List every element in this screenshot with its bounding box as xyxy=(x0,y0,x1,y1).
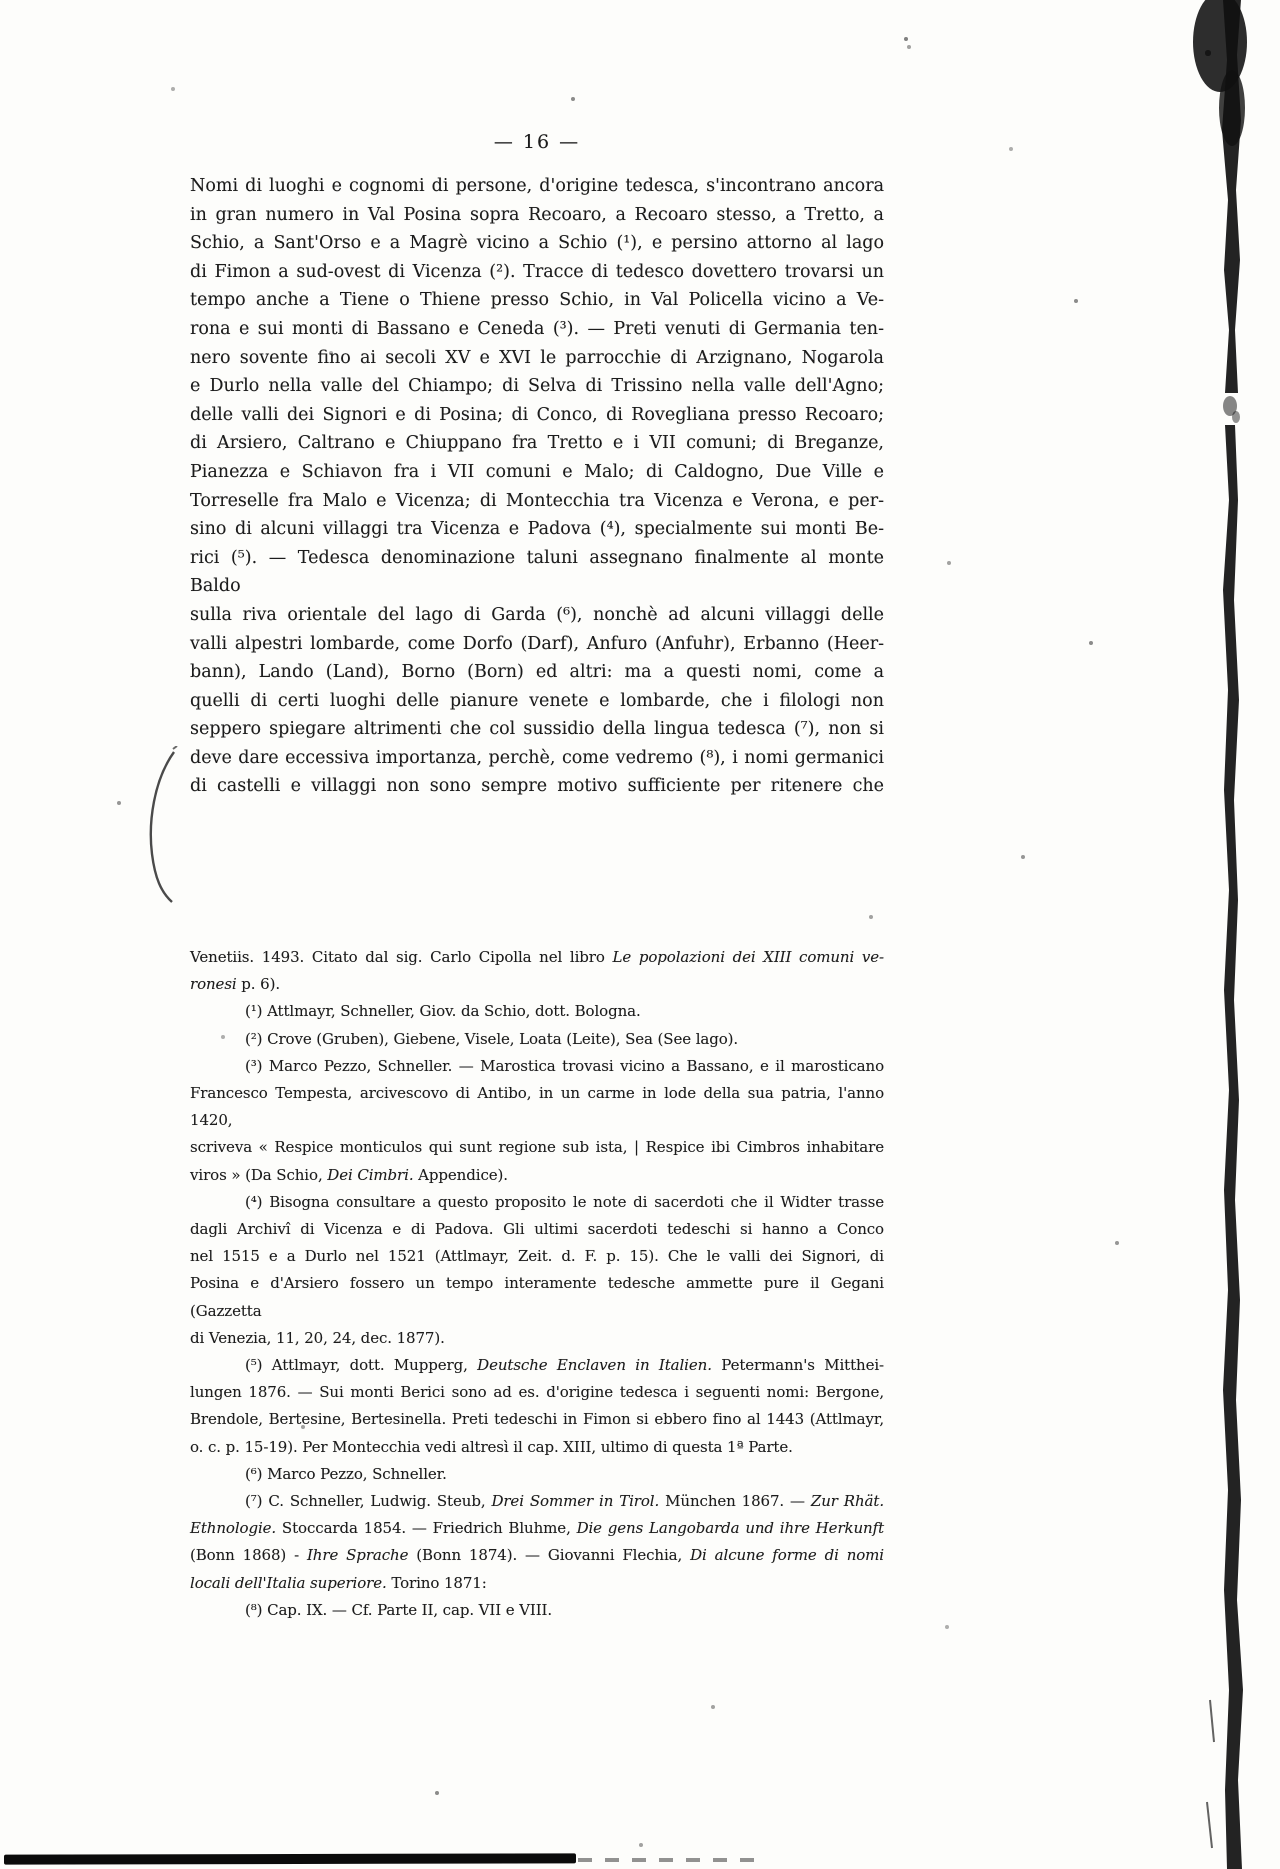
footnote-line: Posina e d'Arsiero fossero un tempo inte… xyxy=(190,1270,884,1324)
footnote-text-segment: (¹) Attlmayr, Schneller, Giov. da Schio,… xyxy=(245,1002,641,1020)
body-line: seppero spiegare altrimenti che col suss… xyxy=(190,715,884,744)
footnote-italic-segment: Deutsche Enclaven in Italien. xyxy=(477,1356,712,1374)
footnote-line: viros » (Da Schio, Dei Cimbri. Appendice… xyxy=(190,1162,884,1189)
footnote-text-segment: scriveva « Respice monticulos qui sunt r… xyxy=(190,1138,884,1156)
footnote-line: (⁵) Attlmayr, dott. Mupperg, Deutsche En… xyxy=(190,1352,884,1379)
footnote-line: Brendole, Bertesine, Bertesinella. Preti… xyxy=(190,1406,884,1433)
body-line: e Durlo nella valle del Chiampo; di Selv… xyxy=(190,372,884,401)
footnote-italic-segment: Di alcune forme di nomi xyxy=(690,1546,884,1564)
footnote-line: (Bonn 1868) - Ihre Sprache (Bonn 1874). … xyxy=(190,1542,884,1569)
footnote-line: scriveva « Respice monticulos qui sunt r… xyxy=(190,1134,884,1161)
footnote-italic-segment: Ihre Sprache xyxy=(307,1546,408,1564)
bottom-scan-line-faint-artifact xyxy=(578,1858,758,1862)
footnote-text-segment: Appendice). xyxy=(414,1166,508,1184)
footnote-text-segment: (⁸) Cap. IX. — Cf. Parte II, cap. VII e … xyxy=(245,1601,552,1619)
footnote-text-segment: Petermann's Mitthei- xyxy=(712,1356,884,1374)
dust-specks xyxy=(0,0,2,2)
body-line: rici (⁵). — Tedesca denominazione taluni… xyxy=(190,544,884,601)
footnote-line: (²) Crove (Gruben), Giebene, Visele, Loa… xyxy=(190,1026,884,1053)
footnote-line: Venetiis. 1493. Citato dal sig. Carlo Ci… xyxy=(190,944,884,971)
footnote-text-segment: lungen 1876. — Sui monti Berici sono ad … xyxy=(190,1383,884,1401)
footnote-line: dagli Archivî di Vicenza e di Padova. Gl… xyxy=(190,1216,884,1243)
footnote-text-segment: di Venezia, 11, 20, 24, dec. 1877). xyxy=(190,1329,445,1347)
footnote-italic-segment: Ethnologie. xyxy=(190,1519,276,1537)
footnote-line: (³) Marco Pezzo, Schneller. — Marostica … xyxy=(190,1053,884,1080)
body-line: nero sovente fino ai secoli XV e XVI le … xyxy=(190,344,884,373)
footnote-line: (¹) Attlmayr, Schneller, Giov. da Schio,… xyxy=(190,998,884,1025)
body-line: valli alpestri lombarde, come Dorfo (Dar… xyxy=(190,630,884,659)
body-line: Schio, a Sant'Orso e a Magrè vicino a Sc… xyxy=(190,229,884,258)
footnote-text-segment: (⁶) Marco Pezzo, Schneller. xyxy=(245,1465,447,1483)
footnote-text-segment: (Bonn 1874). — Giovanni Flechia, xyxy=(408,1546,690,1564)
body-line: sulla riva orientale del lago di Garda (… xyxy=(190,601,884,630)
body-line: bann), Lando (Land), Borno (Born) ed alt… xyxy=(190,658,884,687)
footnote-italic-segment: Die gens Langobarda und ihre Herkunft xyxy=(577,1519,884,1537)
footnote-text-segment: (⁷) C. Schneller, Ludwig. Steub, xyxy=(245,1492,491,1510)
body-line: di castelli e villaggi non sono sempre m… xyxy=(190,772,884,801)
footnote-text-segment: nel 1515 e a Durlo nel 1521 (Attlmayr, Z… xyxy=(190,1247,884,1265)
footnote-text-segment: (²) Crove (Gruben), Giebene, Visele, Loa… xyxy=(245,1030,738,1048)
footnote-text-segment: Stoccarda 1854. — Friedrich Bluhme, xyxy=(276,1519,576,1537)
body-line: quelli di certi luoghi delle pianure ven… xyxy=(190,687,884,716)
footnote-text-segment: (³) Marco Pezzo, Schneller. — Marostica … xyxy=(245,1057,884,1075)
footnote-text-segment: (Bonn 1868) - xyxy=(190,1546,307,1564)
footnote-italic-segment: Zur Rhät. xyxy=(811,1492,884,1510)
body-line: delle valli dei Signori e di Posina; di … xyxy=(190,401,884,430)
footnotes: Venetiis. 1493. Citato dal sig. Carlo Ci… xyxy=(190,944,884,1624)
body-line: sino di alcuni villaggi tra Vicenza e Pa… xyxy=(190,515,884,544)
footnote-line: Francesco Tempesta, arcivescovo di Antib… xyxy=(190,1080,884,1134)
footnote-line: nel 1515 e a Durlo nel 1521 (Attlmayr, Z… xyxy=(190,1243,884,1270)
footnote-line: (⁴) Bisogna consultare a questo proposit… xyxy=(190,1189,884,1216)
footnote-italic-segment: Dei Cimbri. xyxy=(327,1166,413,1184)
footnote-text-segment: o. c. p. 15-19). Per Montecchia vedi alt… xyxy=(190,1438,793,1456)
page-number: — 16 — xyxy=(190,131,884,153)
body-line: tempo anche a Tiene o Thiene presso Schi… xyxy=(190,286,884,315)
body-line: deve dare eccessiva importanza, perchè, … xyxy=(190,744,884,773)
body-line: Torreselle fra Malo e Vicenza; di Montec… xyxy=(190,487,884,516)
footnote-text-segment: viros » (Da Schio, xyxy=(190,1166,327,1184)
footnote-text-segment: Venetiis. 1493. Citato dal sig. Carlo Ci… xyxy=(190,948,613,966)
footnote-text-segment: Brendole, Bertesine, Bertesinella. Preti… xyxy=(190,1410,884,1428)
footnote-text-segment: (⁵) Attlmayr, dott. Mupperg, xyxy=(245,1356,477,1374)
footnote-line: (⁶) Marco Pezzo, Schneller. xyxy=(190,1461,884,1488)
footnote-text-segment: München 1867. — xyxy=(659,1492,811,1510)
bottom-scan-line-artifact xyxy=(4,1853,576,1864)
body-line: Nomi di luoghi e cognomi di persone, d'o… xyxy=(190,172,884,201)
footnote-line: locali dell'Italia superiore. Torino 187… xyxy=(190,1570,884,1597)
body-line: di Arsiero, Caltrano e Chiuppano fra Tre… xyxy=(190,429,884,458)
footnote-line: ronesi p. 6). xyxy=(190,971,884,998)
footnote-text-segment: p. 6). xyxy=(237,975,280,993)
body-line: in gran numero in Val Posina sopra Recoa… xyxy=(190,201,884,230)
footnote-line: o. c. p. 15-19). Per Montecchia vedi alt… xyxy=(190,1434,884,1461)
footnote-text-segment: Francesco Tempesta, arcivescovo di Antib… xyxy=(190,1084,884,1129)
footnote-line: lungen 1876. — Sui monti Berici sono ad … xyxy=(190,1379,884,1406)
footnote-line: (⁷) C. Schneller, Ludwig. Steub, Drei So… xyxy=(190,1488,884,1515)
margin-ink-brace-mark xyxy=(142,746,182,906)
footnote-line: di Venezia, 11, 20, 24, dec. 1877). xyxy=(190,1325,884,1352)
binding-strip-artifact xyxy=(1180,0,1280,1869)
footnote-italic-segment: ronesi xyxy=(190,975,237,993)
footnote-italic-segment: locali dell'Italia superiore. xyxy=(190,1574,387,1592)
body-line: rona e sui monti di Bassano e Ceneda (³)… xyxy=(190,315,884,344)
footnote-italic-segment: Drei Sommer in Tirol. xyxy=(491,1492,659,1510)
footnote-text-segment: (⁴) Bisogna consultare a questo proposit… xyxy=(245,1193,884,1211)
footnote-line: (⁸) Cap. IX. — Cf. Parte II, cap. VII e … xyxy=(190,1597,884,1624)
footnote-line: Ethnologie. Stoccarda 1854. — Friedrich … xyxy=(190,1515,884,1542)
footnote-italic-segment: Le popolazioni dei XIII comuni ve- xyxy=(613,948,885,966)
body-line: Pianezza e Schiavon fra i VII comuni e M… xyxy=(190,458,884,487)
footnote-text-segment: dagli Archivî di Vicenza e di Padova. Gl… xyxy=(190,1220,884,1238)
footnote-text-segment: Torino 1871: xyxy=(387,1574,487,1592)
body-line: di Fimon a sud-ovest di Vicenza (²). Tra… xyxy=(190,258,884,287)
footnote-text-segment: Posina e d'Arsiero fossero un tempo inte… xyxy=(190,1274,884,1319)
body-text: Nomi di luoghi e cognomi di persone, d'o… xyxy=(190,172,884,801)
